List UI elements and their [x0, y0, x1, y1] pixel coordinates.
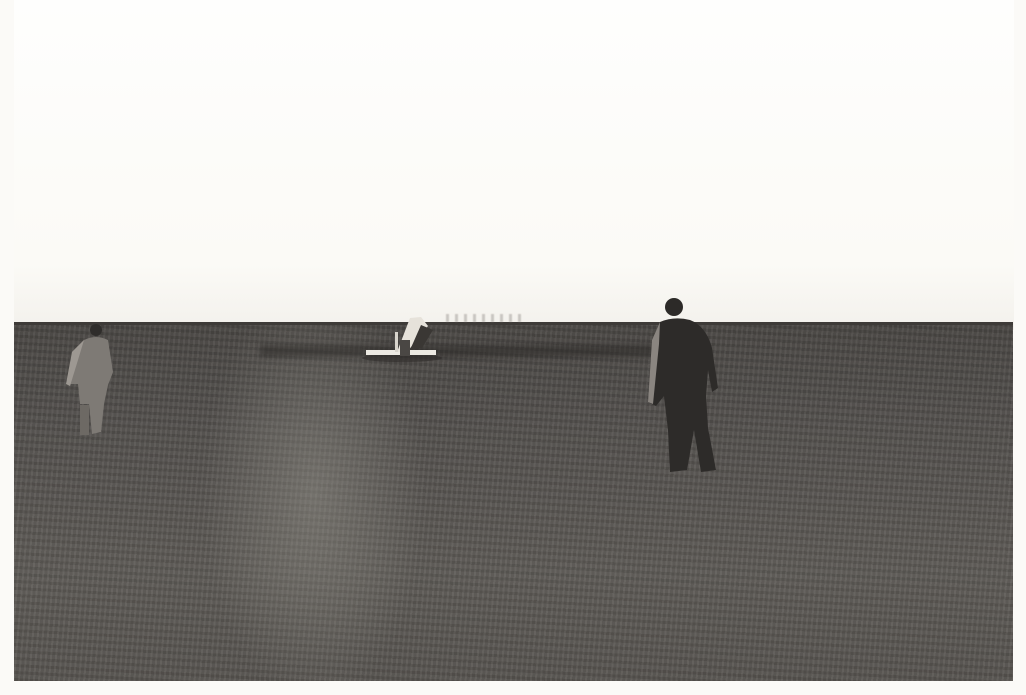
glider: [362, 317, 442, 362]
man-right: [648, 298, 718, 472]
photograph: [0, 0, 1026, 695]
figures-layer: [0, 0, 1026, 695]
man-left: [66, 324, 113, 435]
